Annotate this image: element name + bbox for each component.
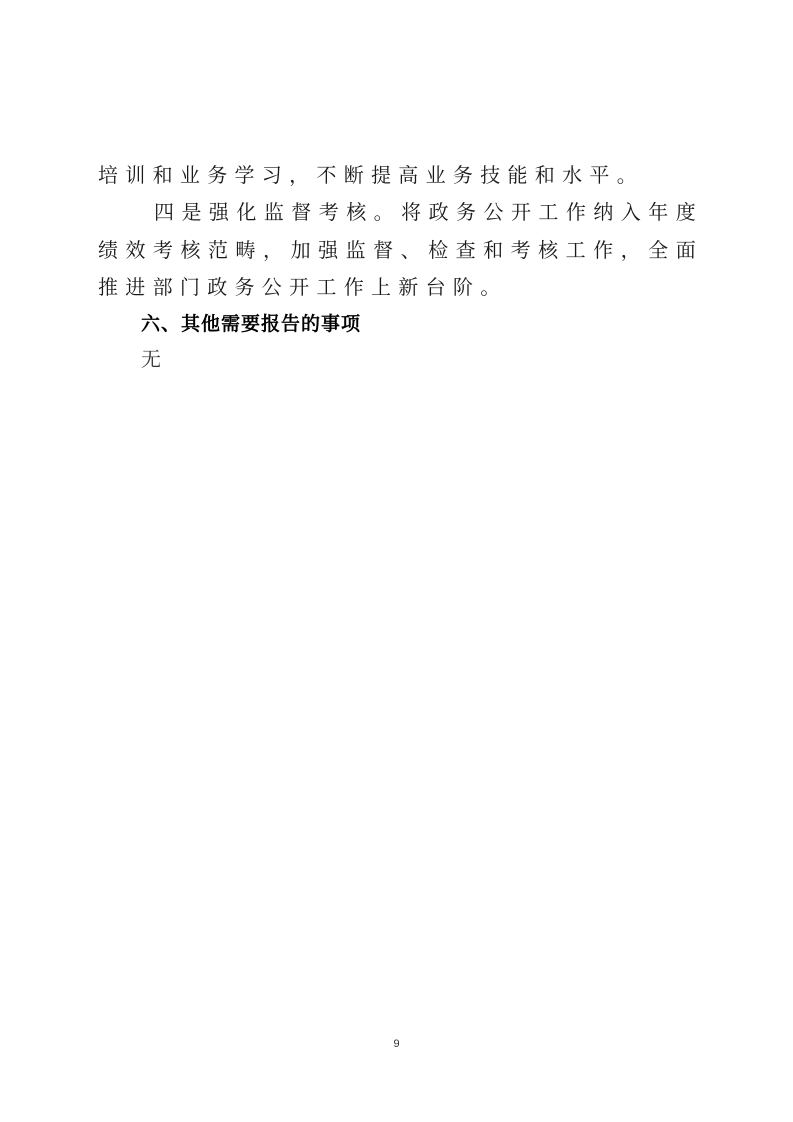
document-page: 培训和业务学习，不断提高业务技能和水平。 四是强化监督考核。将政务公开工作纳入年… <box>0 0 793 1122</box>
paragraph-continued: 培训和业务学习，不断提高业务技能和水平。 <box>98 157 703 195</box>
section-heading: 六、其他需要报告的事项 <box>141 309 361 336</box>
section-body: 无 <box>141 343 161 372</box>
paragraph-supervision: 四是强化监督考核。将政务公开工作纳入年度绩效考核范畴，加强监督、检查和考核工作，… <box>98 194 703 307</box>
page-number: 9 <box>0 1038 793 1050</box>
